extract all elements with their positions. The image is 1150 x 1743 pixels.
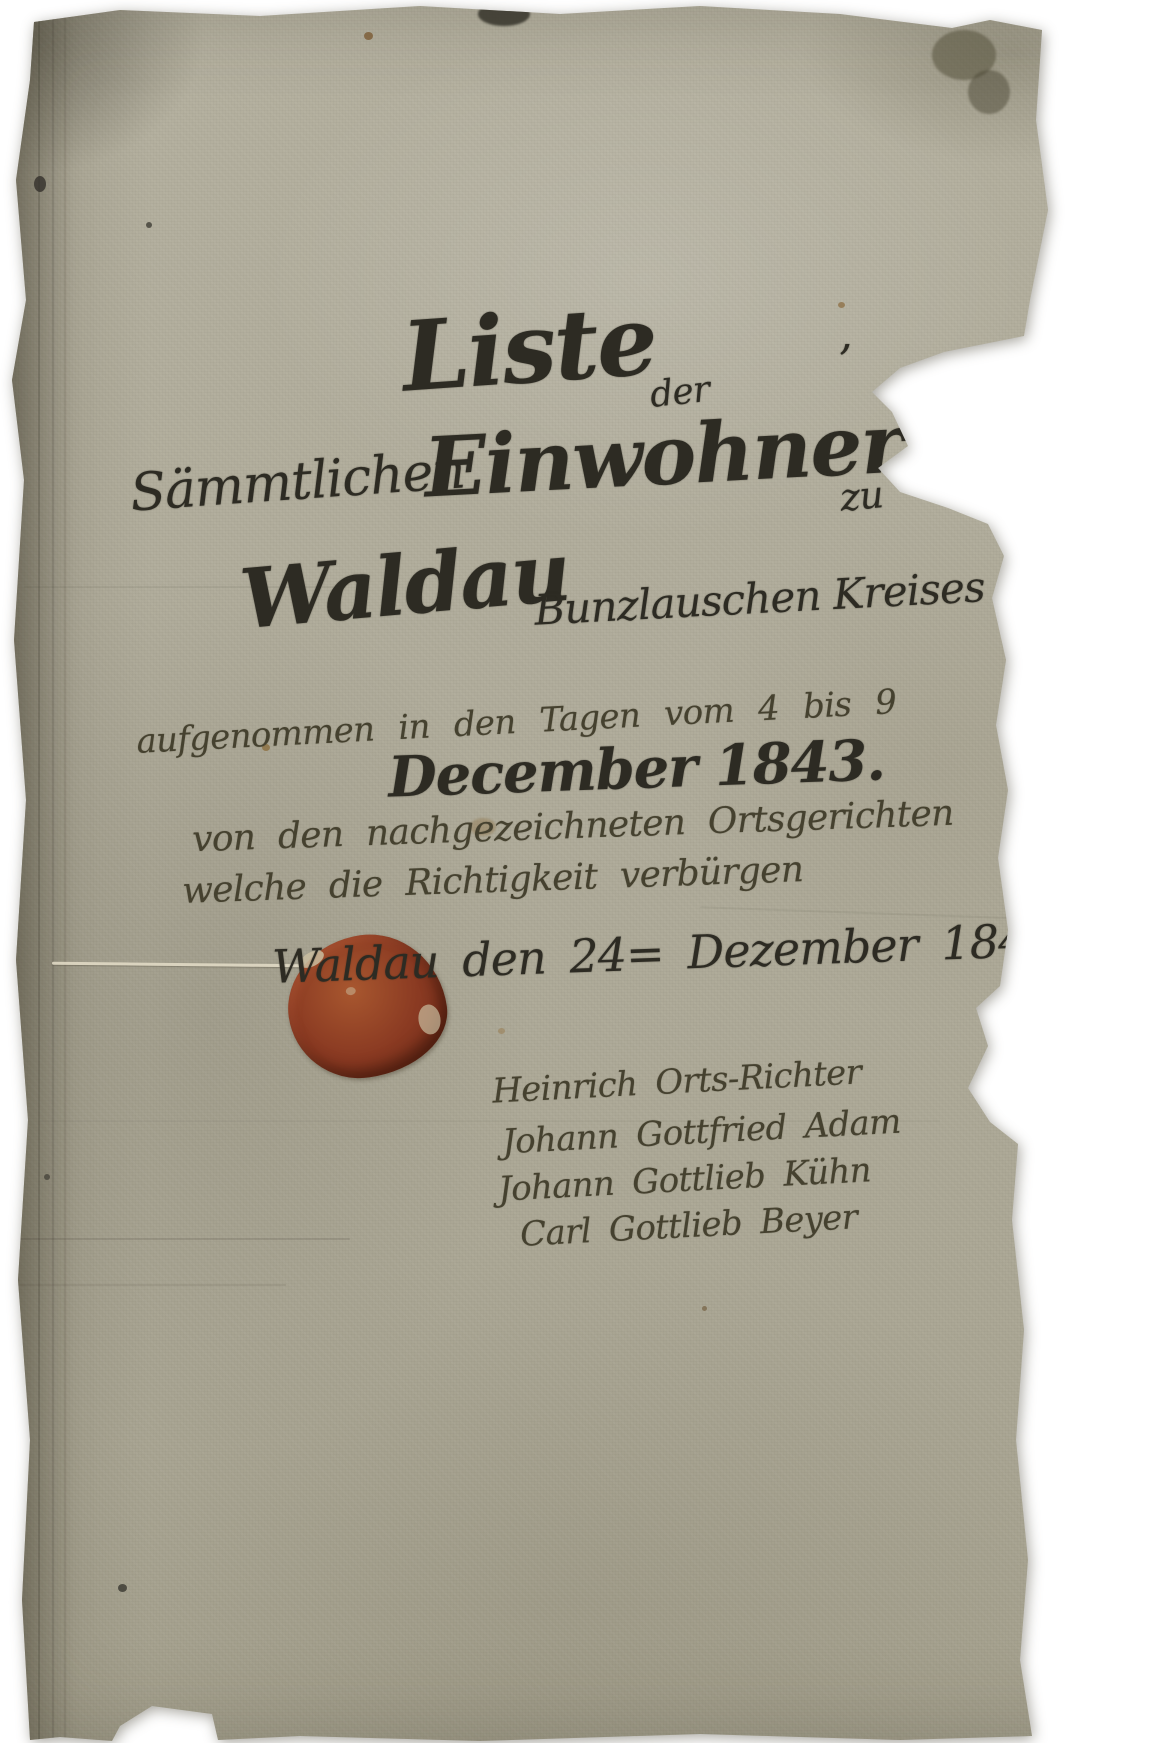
title-word-einwohner: Einwohner [422,396,905,517]
fox-spot [702,1306,707,1311]
seal-paper-fiber [416,1003,442,1036]
fox-spot [498,1028,505,1034]
manuscript-cover-paper: Liste der ’ Sämmtlichen Einwohner zu Wal… [0,0,1150,1743]
title-word-saemmtlichen: Sämmtlichen [128,440,466,523]
stain [968,70,1010,114]
stray-ink-mark: ’ [838,336,851,387]
book-spine [0,0,74,1743]
scanned-document-page: Liste der ’ Sämmtlichen Einwohner zu Wal… [0,0,1150,1743]
binding-thread [52,962,304,968]
title-word-liste: Liste [398,283,659,413]
paper-shadow: Liste der ’ Sämmtlichen Einwohner zu Wal… [0,0,1150,1743]
paper-crease [16,1284,286,1286]
district-name: Bunzlauschen Kreises [533,562,986,635]
spine-fold-line [64,0,66,1743]
signature-1: Heinrich Orts-Richter [491,1052,862,1111]
ink-speck [118,1584,127,1592]
ink-speck [34,176,46,192]
ink-speck [146,222,152,228]
fox-spot [364,32,373,40]
spine-fold-line [52,0,54,1743]
ink-smudge [478,2,530,26]
dateline: Waldau den 24= Dezember 1843. [271,912,1069,994]
place-name-waldau: Waldau [236,524,573,648]
title-word-zu: zu [838,472,885,520]
ink-speck [44,1174,50,1180]
paper-crease [20,1238,350,1240]
fox-spot [838,302,845,308]
spine-fold-line [38,0,40,1743]
attestation-line-2: welche die Richtigkeit verbürgen [181,849,803,912]
